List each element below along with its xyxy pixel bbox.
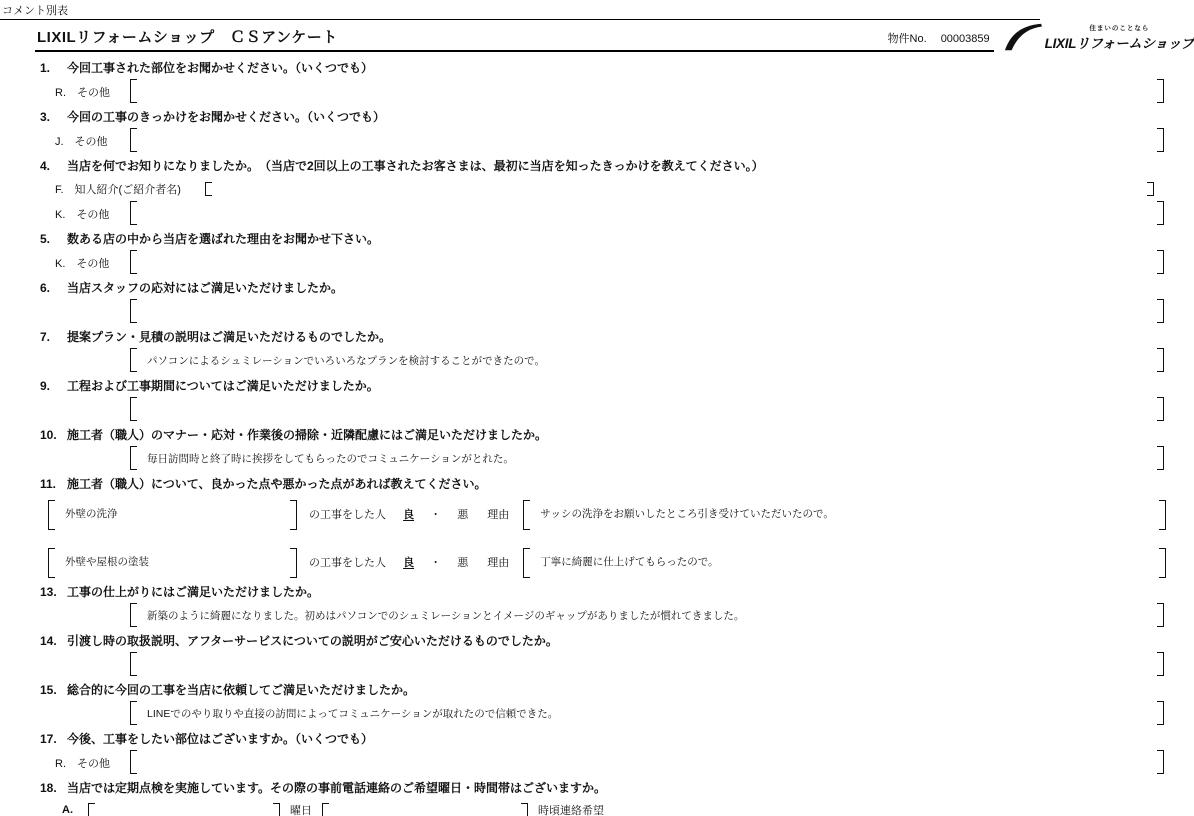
answer-1-other: R. その他	[0, 79, 1194, 103]
time-label: 時頃連絡希望	[538, 802, 604, 816]
question-7-text: 提案プラン・見積の説明はご満足いただけるものでしたか。	[67, 330, 391, 344]
question-6-number: 6.	[40, 281, 67, 296]
comment-13: 新築のように綺麗になりました。初めはパソコンでのシュミレーションとイメージのギャ…	[0, 603, 1194, 627]
close-bracket	[1157, 299, 1164, 323]
answer-5-label: K. その他	[55, 250, 130, 274]
comment-13-value: 新築のように綺麗になりました。初めはパソコンでのシュミレーションとイメージのギャ…	[137, 603, 1157, 627]
close-bracket	[1157, 603, 1164, 627]
close-bracket	[1157, 250, 1164, 274]
comment-6	[0, 299, 1194, 323]
question-10-number: 10.	[40, 428, 67, 443]
rating-good-selected: 良	[403, 557, 414, 569]
question-7: 7.提案プラン・見積の説明はご満足いただけるものでしたか。	[0, 330, 1194, 345]
close-bracket	[1157, 79, 1164, 103]
close-bracket	[273, 803, 280, 816]
close-bracket	[1157, 701, 1164, 725]
comment-14	[0, 652, 1194, 676]
answer-4-other: K. その他	[0, 201, 1194, 225]
close-bracket	[1147, 182, 1154, 196]
question-4: 4.当店を何でお知りになりましたか。 （当店で2回以上の工事されたお客さまは、最…	[0, 159, 1194, 174]
worker-row-2-field: 外壁や屋根の塗装	[55, 548, 290, 578]
question-17: 17.今後、工事をしたい部位はございますか。（いくつでも）	[0, 732, 1194, 747]
open-bracket	[523, 500, 530, 530]
answer-4f-label: F. 知人紹介(ご紹介者名)	[55, 181, 205, 197]
open-bracket	[48, 548, 55, 578]
comment-15: LINEでのやり取りや直接の訪問によってコミュニケーションが取れたので信頼できた…	[0, 701, 1194, 725]
answer-18-prefix: A.	[62, 804, 88, 816]
question-14: 14.引渡し時の取扱説明、アフターサービスについての説明がご安心いただけるもので…	[0, 634, 1194, 649]
comment-10-value: 毎日訪問時と終了時に挨拶をしてもらったのでコミュニケーションがとれた。	[137, 446, 1157, 470]
open-bracket	[88, 803, 95, 816]
open-bracket	[130, 603, 137, 627]
worker-label: の工事をした人	[309, 509, 386, 521]
comment-10: 毎日訪問時と終了時に挨拶をしてもらったのでコミュニケーションがとれた。	[0, 446, 1194, 470]
answer-17-label: R. その他	[55, 750, 130, 774]
answer-4-referrer: F. 知人紹介(ご紹介者名)	[0, 180, 1194, 198]
open-bracket	[130, 348, 137, 372]
open-bracket	[205, 182, 212, 196]
open-bracket	[130, 128, 137, 152]
open-bracket	[130, 652, 137, 676]
open-bracket	[130, 250, 137, 274]
question-7-number: 7.	[40, 330, 67, 345]
close-bracket	[1157, 201, 1164, 225]
question-14-text: 引渡し時の取扱説明、アフターサービスについての説明がご安心いただけるものでしたか…	[67, 634, 558, 648]
open-bracket	[130, 750, 137, 774]
rating-bad: 悪	[457, 557, 468, 569]
comment-7: パソコンによるシュミレーションでいろいろなプランを検討することができたので。	[0, 348, 1194, 372]
question-9: 9.工程および工事期間についてはご満足いただけましたか。	[0, 379, 1194, 394]
worker-row-1-field: 外壁の洗浄	[55, 500, 290, 530]
question-6: 6.当店スタッフの応対にはご満足いただけましたか。	[0, 281, 1194, 296]
page-title: LIXILリフォームショップ ＣＳアンケート	[37, 26, 338, 47]
comment-9	[0, 397, 1194, 421]
answer-5-value	[137, 250, 1157, 274]
question-3: 3.今回の工事のきっかけをお聞かせください。（いくつでも）	[0, 110, 1194, 125]
question-1-number: 1.	[40, 61, 67, 76]
property-number: 物件No. 00003859	[888, 30, 990, 47]
close-bracket	[1157, 750, 1164, 774]
worker-row-2: 外壁や屋根の塗装 の工事をした人 良 ・ 悪 理由 丁寧に綺麗に仕上げてもらった…	[0, 548, 1194, 578]
worker-row-2-reason: 丁寧に綺麗に仕上げてもらったので。	[530, 548, 1159, 578]
header-rule: LIXILリフォームショップ ＣＳアンケート 物件No. 00003859	[35, 24, 994, 52]
question-3-number: 3.	[40, 110, 67, 125]
answer-1-label: R. その他	[55, 79, 130, 103]
rating-separator: ・	[430, 509, 441, 521]
question-14-number: 14.	[40, 634, 67, 649]
close-bracket	[1157, 652, 1164, 676]
question-4-number: 4.	[40, 159, 67, 174]
open-bracket	[130, 397, 137, 421]
question-15-number: 15.	[40, 683, 67, 698]
question-5-text: 数ある店の中から当店を選ばれた理由をお聞かせ下さい。	[67, 232, 379, 246]
open-bracket	[130, 446, 137, 470]
question-15-text: 総合的に今回の工事を当店に依頼してご満足いただけましたか。	[67, 683, 415, 697]
close-bracket	[1157, 397, 1164, 421]
question-10: 10.施工者（職人）のマナー・応対・作業後の掃除・近隣配慮にはご満足いただけまし…	[0, 428, 1194, 443]
question-11: 11.施工者（職人）について、良かった点や悪かった点があれば教えてください。	[0, 477, 1194, 492]
close-bracket	[1157, 348, 1164, 372]
close-bracket	[1159, 500, 1166, 530]
question-5: 5.数ある店の中から当店を選ばれた理由をお聞かせ下さい。	[0, 232, 1194, 247]
question-5-number: 5.	[40, 232, 67, 247]
question-9-number: 9.	[40, 379, 67, 394]
rating-bad: 悪	[457, 509, 468, 521]
reason-label: 理由	[487, 557, 509, 569]
close-bracket	[521, 803, 528, 816]
question-4-text: 当店を何でお知りになりましたか。 （当店で2回以上の工事されたお客さまは、最初に…	[67, 159, 764, 173]
open-bracket	[130, 299, 137, 323]
rating-good-selected: 良	[403, 509, 414, 521]
comment-9-value	[137, 397, 1157, 421]
worker-label: の工事をした人	[309, 557, 386, 569]
worker-row-labels: の工事をした人 良 ・ 悪 理由	[309, 500, 523, 530]
answer-4k-value	[137, 201, 1157, 225]
swoosh-icon	[1004, 22, 1042, 52]
header: LIXILリフォームショップ ＣＳアンケート 物件No. 00003859 住ま…	[0, 22, 1194, 54]
comment-7-value: パソコンによるシュミレーションでいろいろなプランを検討することができたので。	[137, 348, 1157, 372]
property-number-label: 物件No.	[888, 30, 927, 46]
answer-3-label: J. その他	[55, 128, 130, 152]
worker-row-1: 外壁の洗浄 の工事をした人 良 ・ 悪 理由 サッシの洗浄をお願いしたところ引き…	[0, 500, 1194, 530]
question-13: 13.工事の仕上がりにはご満足いただけましたか。	[0, 585, 1194, 600]
rating-separator: ・	[430, 557, 441, 569]
question-10-text: 施工者（職人）のマナー・応対・作業後の掃除・近隣配慮にはご満足いただけましたか。	[67, 428, 547, 442]
question-18: 18.当店では定期点検を実施しています。その際の事前電話連絡のご希望曜日・時間帯…	[0, 781, 1194, 796]
open-bracket	[130, 201, 137, 225]
answer-4k-label: K. その他	[55, 201, 130, 225]
answer-18-schedule: A. 曜日 時頃連絡希望	[0, 801, 1194, 816]
question-6-text: 当店スタッフの応対にはご満足いただけましたか。	[67, 281, 343, 295]
answer-1-value	[137, 79, 1157, 103]
question-1: 1.今回工事された部位をお聞かせください。（いくつでも）	[0, 61, 1194, 76]
logo-brand: LIXILリフォームショップ	[1045, 32, 1194, 52]
question-3-text: 今回の工事のきっかけをお聞かせください。（いくつでも）	[67, 110, 385, 124]
open-bracket	[322, 803, 329, 816]
question-17-text: 今後、工事をしたい部位はございますか。（いくつでも）	[67, 732, 373, 746]
answer-5-other: K. その他	[0, 250, 1194, 274]
logo-text: 住まいのことなら LIXILリフォームショップ	[1045, 23, 1194, 52]
open-bracket	[523, 548, 530, 578]
question-18-text: 当店では定期点検を実施しています。その際の事前電話連絡のご希望曜日・時間帯はござ…	[67, 781, 606, 795]
answer-17-value	[137, 750, 1157, 774]
close-bracket	[1159, 548, 1166, 578]
answer-3-value	[137, 128, 1157, 152]
worker-row-labels: の工事をした人 良 ・ 悪 理由	[309, 548, 523, 578]
question-9-text: 工程および工事期間についてはご満足いただけましたか。	[67, 379, 379, 393]
close-bracket	[1157, 128, 1164, 152]
survey-sheet: コメント別表 LIXILリフォームショップ ＣＳアンケート 物件No. 0000…	[0, 0, 1194, 816]
worker-row-1-reason: サッシの洗浄をお願いしたところ引き受けていただいたので。	[530, 500, 1159, 530]
answer-3-other: J. その他	[0, 128, 1194, 152]
logo-tagline: 住まいのことなら	[1089, 23, 1149, 32]
open-bracket	[48, 500, 55, 530]
question-13-text: 工事の仕上がりにはご満足いただけましたか。	[67, 585, 319, 599]
property-number-value: 00003859	[941, 33, 990, 45]
question-15: 15.総合的に今回の工事を当店に依頼してご満足いただけましたか。	[0, 683, 1194, 698]
open-bracket	[130, 79, 137, 103]
question-1-text: 今回工事された部位をお聞かせください。（いくつでも）	[67, 61, 373, 75]
lixil-logo: 住まいのことなら LIXILリフォームショップ	[1004, 22, 1194, 54]
comment-6-value	[137, 299, 1157, 323]
reason-label: 理由	[487, 509, 509, 521]
close-bracket	[1157, 446, 1164, 470]
corner-label: コメント別表	[0, 0, 1040, 20]
close-bracket	[290, 548, 297, 578]
close-bracket	[290, 500, 297, 530]
question-11-text: 施工者（職人）について、良かった点や悪かった点があれば教えてください。	[67, 477, 487, 491]
question-18-number: 18.	[40, 781, 67, 796]
question-13-number: 13.	[40, 585, 67, 600]
answer-17-other: R. その他	[0, 750, 1194, 774]
open-bracket	[130, 701, 137, 725]
comment-15-value: LINEでのやり取りや直接の訪問によってコミュニケーションが取れたので信頼できた…	[137, 701, 1157, 725]
question-11-number: 11.	[40, 477, 67, 492]
question-17-number: 17.	[40, 732, 67, 747]
day-label: 曜日	[290, 802, 312, 816]
comment-14-value	[137, 652, 1157, 676]
